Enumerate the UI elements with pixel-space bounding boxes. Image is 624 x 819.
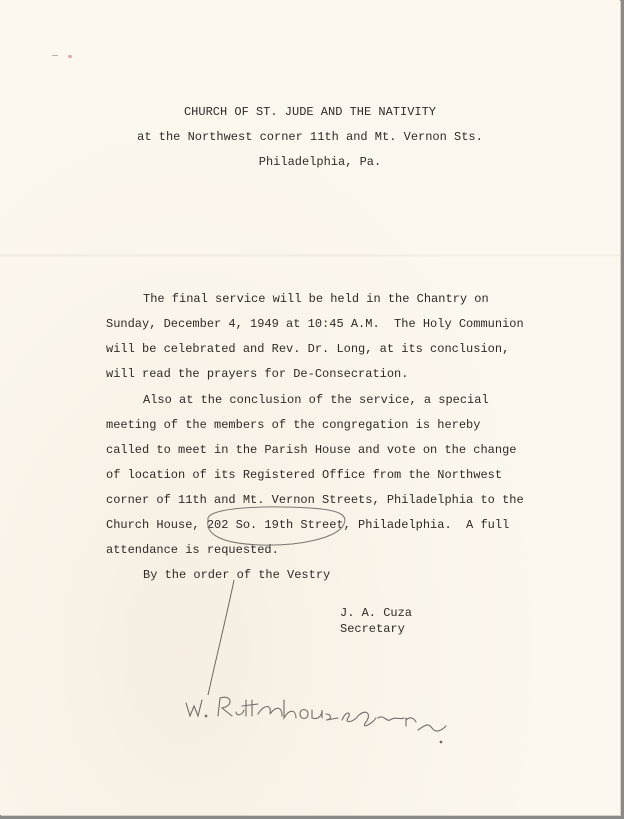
paragraph2-line: called to meet in the Parish House and v…	[106, 443, 516, 457]
paragraph1-line: Sunday, December 4, 1949 at 10:45 A.M. T…	[106, 317, 524, 331]
signatory-name: J. A. Cuza	[340, 606, 412, 620]
paragraph1-line: will read the prayers for De-Consecratio…	[106, 367, 408, 381]
church-city: Philadelphia, Pa.	[10, 155, 624, 169]
church-location: at the Northwest corner 11th and Mt. Ver…	[0, 130, 620, 144]
paragraph2-line: attendance is requested.	[106, 543, 279, 557]
stray-red-mark	[68, 55, 72, 58]
paragraph2-line: corner of 11th and Mt. Vernon Streets, P…	[106, 493, 524, 507]
paragraph1-line: will be celebrated and Rev. Dr. Long, at…	[106, 342, 509, 356]
signatory-title: Secretary	[340, 622, 405, 636]
church-title: CHURCH OF ST. JUDE AND THE NATIVITY	[0, 105, 620, 119]
paragraph2-line: of location of its Registered Office fro…	[106, 468, 502, 482]
paragraph1-line: The final service will be held in the Ch…	[143, 292, 489, 306]
closing-line: By the order of the Vestry	[143, 568, 330, 582]
letter-page: CHURCH OF ST. JUDE AND THE NATIVITY at t…	[0, 0, 620, 815]
paragraph2-line: Also at the conclusion of the service, a…	[143, 393, 489, 407]
paragraph2-line: meeting of the members of the congregati…	[106, 418, 480, 432]
stray-mark	[52, 55, 58, 56]
paragraph2-line: Church House, 202 So. 19th Street, Phila…	[106, 518, 509, 532]
